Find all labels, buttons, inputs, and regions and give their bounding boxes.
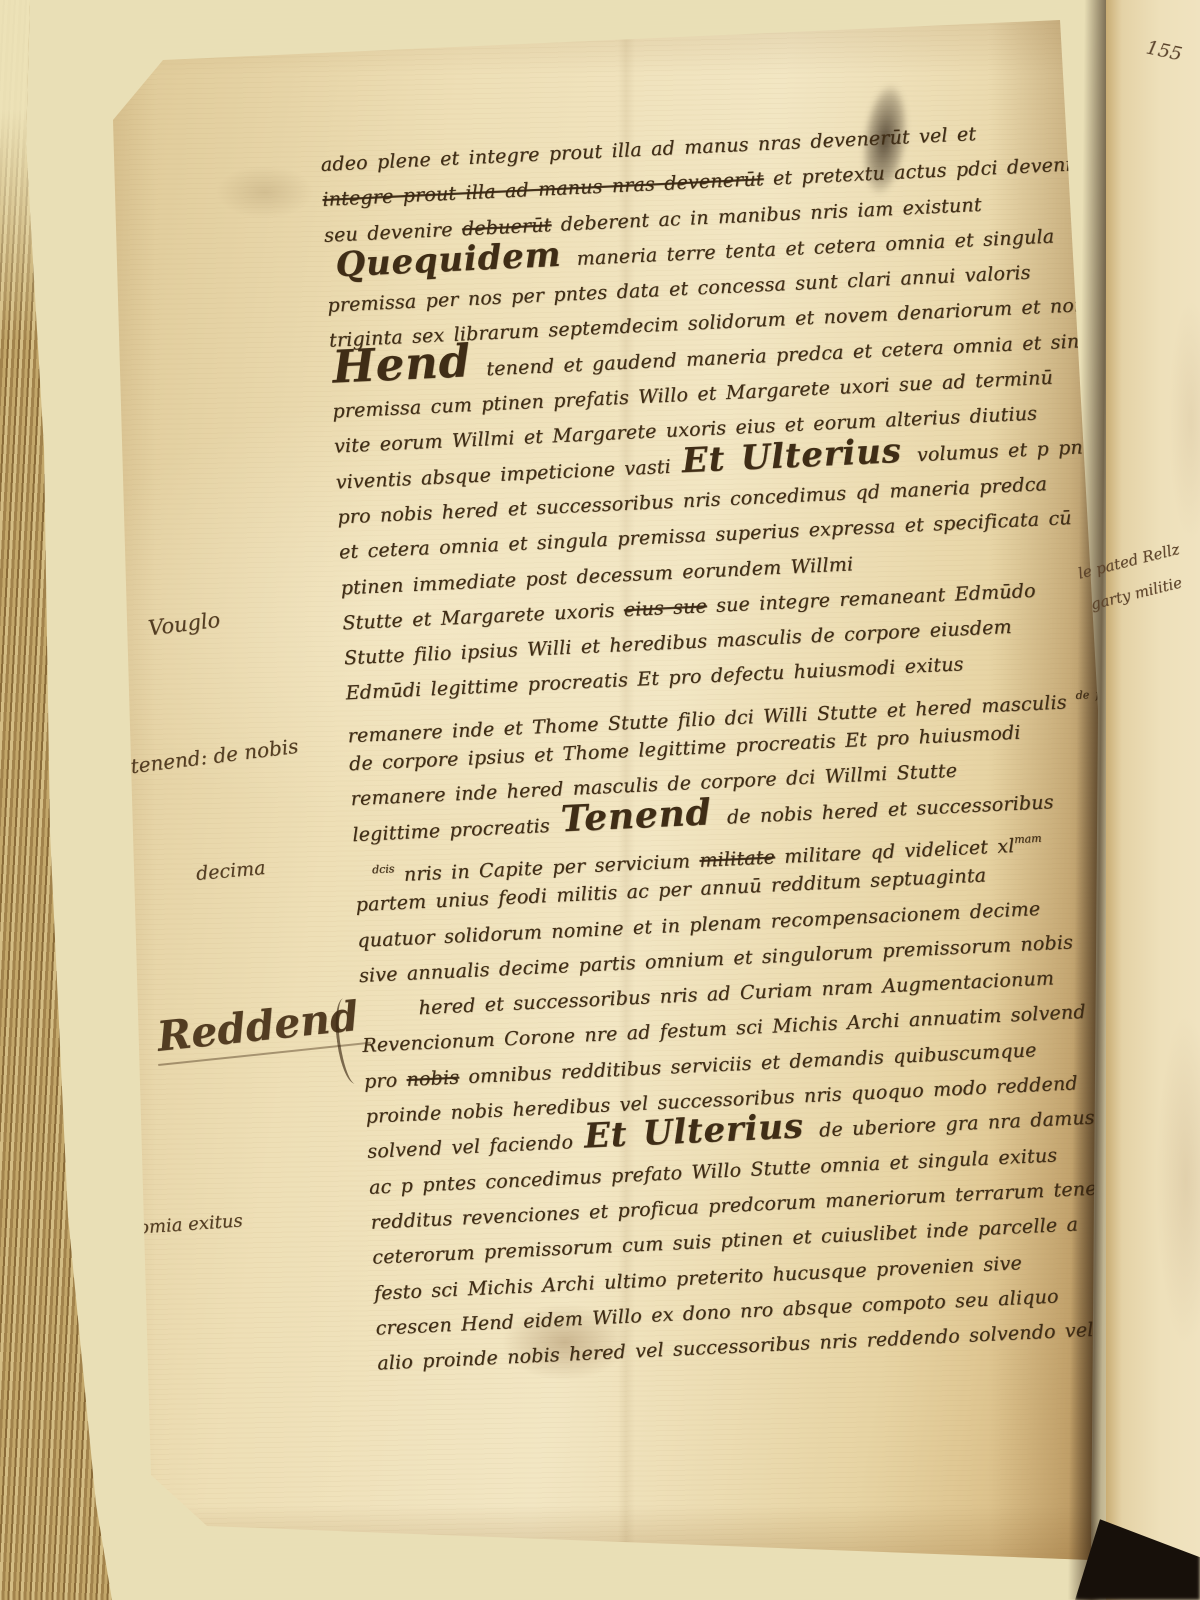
- manuscript-disp-segment: Hend: [329, 334, 478, 394]
- margin-note-tenend-de-nobis: tenend: de nobis: [129, 734, 299, 778]
- manuscript-sup-segment: dcis: [372, 862, 395, 876]
- manuscript-page: Vouglo tenend: de nobis decima Reddend o…: [85, 20, 1100, 1575]
- manuscript-text-block: adeo plene et integre prout illa ad manu…: [320, 112, 1149, 1382]
- manuscript-struck-segment: militate: [699, 846, 776, 872]
- manuscript-text-segment: legittime procreatis: [352, 814, 560, 846]
- manuscript-text-segment: pro: [364, 1069, 408, 1093]
- manuscript-text-segment: de uberiore gra nra damus: [809, 1107, 1095, 1142]
- folio-number: 155: [1144, 36, 1184, 65]
- manuscript-struck-segment: eius sue: [623, 595, 707, 621]
- margin-note-decima: decima: [195, 857, 266, 885]
- facing-page-edge: 155: [1106, 0, 1200, 1600]
- margin-note-omnia-exitus: omia exitus: [137, 1210, 243, 1238]
- manuscript-text-segment: solvend vel faciendo: [367, 1131, 583, 1163]
- manuscript-text-segment: Stutte et Margarete uxoris: [342, 599, 624, 634]
- book-photo: Vouglo tenend: de nobis decima Reddend o…: [0, 0, 1200, 1600]
- manuscript-disp-segment: Tenend: [558, 791, 719, 840]
- manuscript-sup-segment: mam: [1014, 832, 1042, 846]
- margin-note-1: Vouglo: [147, 608, 222, 641]
- manuscript-struck-segment: nobis: [406, 1066, 460, 1090]
- book-fore-edge: [0, 0, 112, 1600]
